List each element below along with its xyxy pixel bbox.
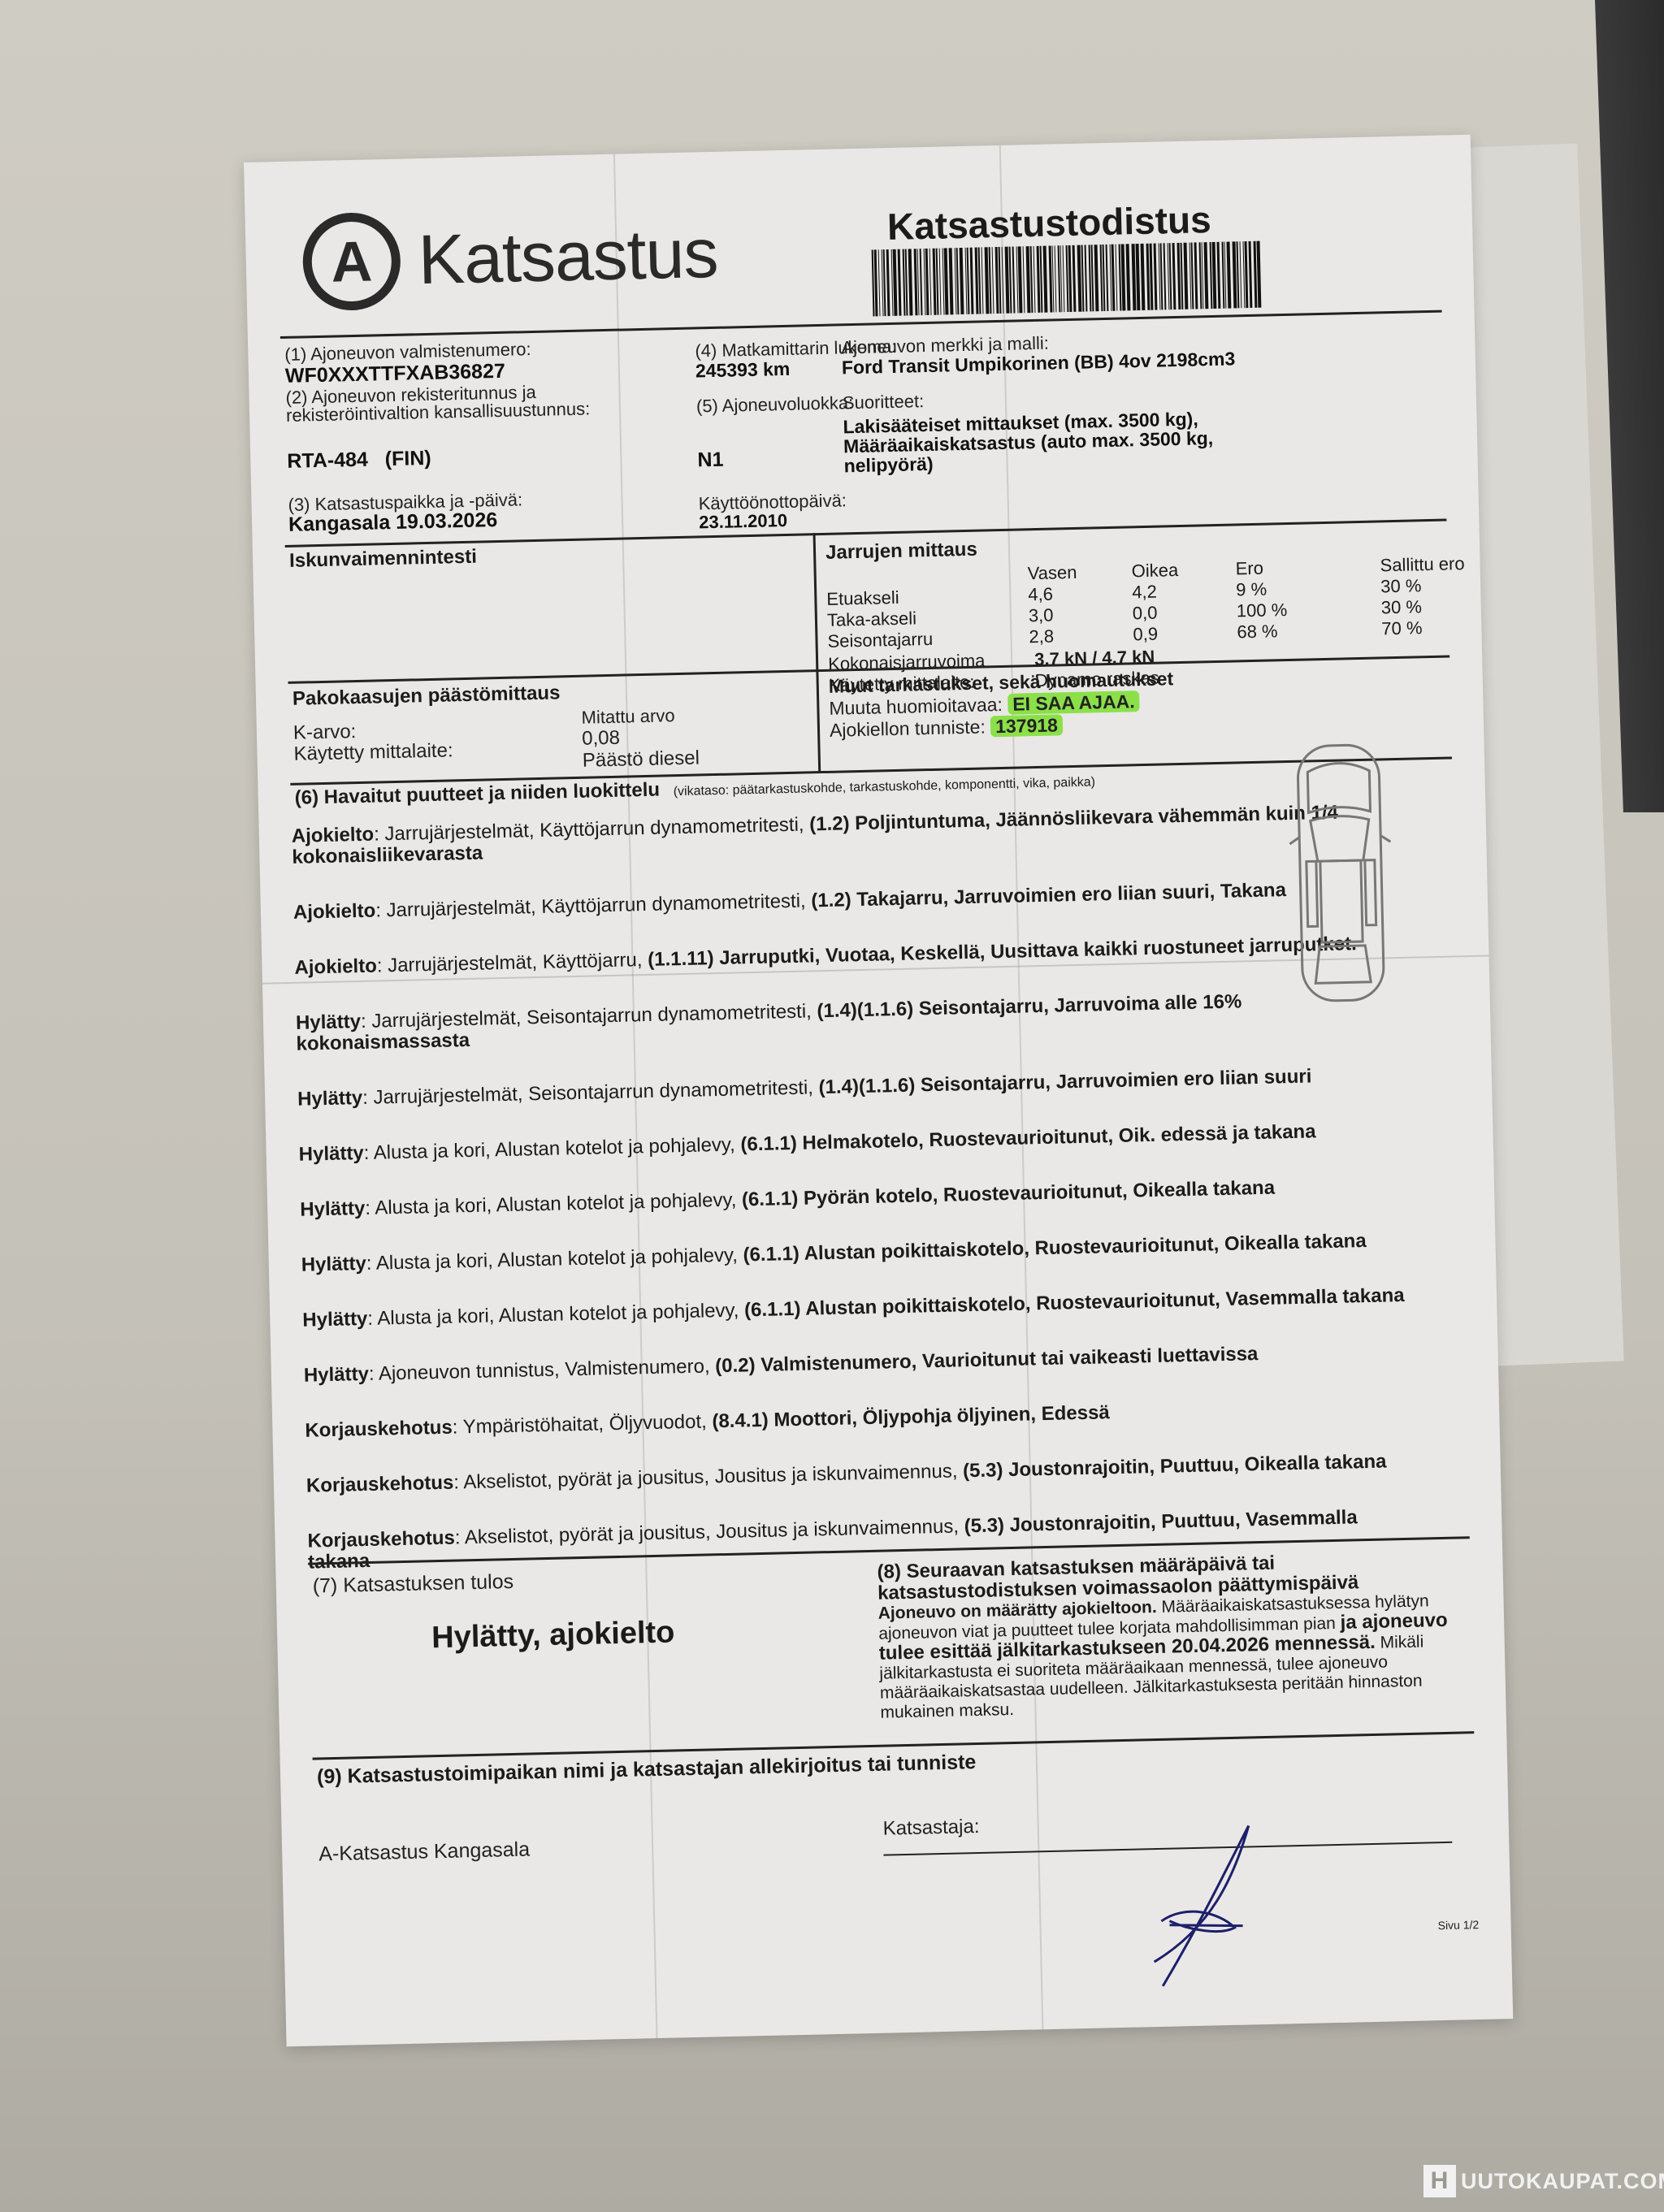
defect-item: Ajokielto: Jarrujärjestelmät, Käyttöjarr… [294,933,1399,979]
brake-allowed: 30 % [1381,595,1481,619]
barcode [872,241,1263,317]
defect-code: (5.3) [963,1459,1003,1482]
services-label: Suoritteet: [843,391,925,413]
first-use-value: 23.11.2010 [699,510,787,533]
defect-list: Ajokielto: Jarrujärjestelmät, Käyttöjarr… [292,801,1414,1608]
defect-code: (1.1.11) [648,947,714,971]
col-allowed: Sallittu ero [1380,553,1480,577]
defect-item: Ajokielto: Jarrujärjestelmät, Käyttöjarr… [292,801,1397,868]
shock-test-title: Iskunvaimennintesti [289,546,477,573]
divider [813,533,821,773]
reg-label: (2) Ajoneuvon rekisteritunnus ja rekiste… [285,380,676,425]
defect-area: : Akselistot, pyörät ja jousitus, Jousit… [455,1515,964,1548]
brake-allowed: 70 % [1381,617,1481,640]
result-value: Hylätty, ajokielto [431,1615,675,1656]
page-number: Sivu 1/2 [1437,1918,1479,1932]
col-left: Vasen [1027,561,1132,584]
defect-code: (0.2) [715,1354,756,1377]
brake-axle: Seisontajarru [827,626,1029,652]
defect-severity: Hylätty [301,1253,367,1276]
brake-left: 4,6 [1028,582,1133,605]
defect-item: Hylätty: Alusta ja kori, Alustan kotelot… [298,1119,1403,1166]
defect-code: (8.4.1) [712,1409,769,1433]
defect-detail: Alustan poikittaiskotelo, Ruostevaurioit… [800,1284,1405,1320]
defect-detail: Helmakotelo, Ruostevaurioitunut, Oik. ed… [796,1120,1315,1154]
brake-diff: 68 % [1237,618,1382,643]
defect-severity: Korjauskehotus [305,1417,453,1442]
note-value: EI SAA AJAA. [1007,690,1140,715]
class-label: (5) Ajoneuvoluokka: [696,392,854,417]
defect-area: : Alusta ja kori, Alustan kotelot ja poh… [366,1244,743,1275]
result-title: (7) Katsastuksen tulos [312,1570,513,1599]
defect-severity: Korjauskehotus [307,1527,455,1552]
defect-area: : Jarrujärjestelmät, Käyttöjarrun dynamo… [375,890,812,921]
emissions-title: Pakokaasujen päästömittaus [292,682,561,710]
defect-code: (6.1.1) [742,1188,799,1211]
defect-code: (1.2) [809,812,850,835]
document-title: Katsastustodistus [886,197,1211,249]
defect-area: : Jarrujärjestelmät, Käyttöjarru, [377,949,648,977]
defect-detail: Joustonrajoitin, Puuttuu, Oikealla takan… [1003,1451,1387,1482]
defect-item: Hylätty: Ajoneuvon tunnistus, Valmistenu… [304,1340,1409,1387]
defects-subtitle: (vikataso: päätarkastuskohde, tarkastusk… [674,775,1096,799]
brakes-title: Jarrujen mittaus [825,539,977,565]
defect-item: Ajokielto: Jarrujärjestelmät, Käyttöjarr… [293,877,1398,924]
defect-detail: Valmistenumero, Vaurioitunut tai vaikeas… [755,1343,1258,1376]
inspection-certificate: A Katsastus Katsastustodistus (1) Ajoneu… [244,135,1513,2047]
defect-area: : Alusta ja kori, Alustan kotelot ja poh… [367,1299,744,1330]
defect-item: Hylätty: Alusta ja kori, Alustan kotelot… [300,1175,1405,1221]
brake-right: 0,9 [1133,621,1237,645]
brake-left: 2,8 [1029,624,1133,647]
defect-severity: Hylätty [296,1011,362,1034]
emissions-device-value: Päästö diesel [583,747,700,772]
next-inspection: (8) Seuraavan katsastuksen määräpäivä ta… [877,1548,1465,1722]
k-value: 0,08 [582,727,620,751]
defect-area: : Ajoneuvon tunnistus, Valmistenumero, [369,1355,716,1385]
class-value: N1 [697,448,724,473]
station-name: A-Katsastus Kangasala [318,1838,530,1867]
defect-detail: Seisontajarru, Jarruvoimien ero liian su… [915,1065,1312,1096]
col-right: Oikea [1131,558,1236,582]
ban-id-label: Ajokiellon tunniste: [830,716,986,740]
brake-right: 4,2 [1132,579,1237,603]
inspector-label: Katsastaja: [882,1816,979,1841]
defect-detail: Pyörän kotelo, Ruostevaurioitunut, Oikea… [798,1177,1275,1210]
measured-label: Mitattu arvo [581,705,674,729]
services-value: Lakisääteiset mittaukset (max. 3500 kg),… [843,407,1298,476]
reg-value: RTA-484 (FIN) [287,447,431,474]
defect-item: Hylätty: Alusta ja kori, Alustan kotelot… [302,1285,1407,1331]
defect-code: (1.2) [811,889,851,911]
defect-item: Korjauskehotus: Ympäristöhaitat, Öljyvuo… [305,1396,1410,1442]
defect-area: : Jarrujärjestelmät, Seisontajarrun dyna… [361,1000,817,1032]
defect-severity: Ajokielto [292,824,375,847]
defect-severity: Hylätty [297,1087,363,1110]
car-diagram-icon [1280,738,1400,1008]
defect-code: (5.3) [964,1514,1004,1537]
place-value: Kangasala 19.03.2026 [288,509,498,537]
brake-diff: 9 % [1236,576,1381,600]
defect-severity: Ajokielto [294,955,377,979]
watermark-logo-icon: H [1423,2165,1456,2197]
emissions-device-label: Käytetty mittalaite: [293,739,453,765]
ban-id-row: Ajokiellon tunniste: 137918 [830,714,1063,742]
defect-item: Hylätty: Jarrujärjestelmät, Seisontajarr… [297,1064,1402,1110]
defect-severity: Hylätty [302,1308,368,1331]
logo-icon: A [301,212,401,312]
defect-severity: Hylätty [298,1142,364,1166]
brake-right: 0,0 [1133,600,1237,624]
next-body: Ajoneuvo on määrätty ajokieltoon. Määräa… [877,1591,1465,1722]
col-diff: Ero [1235,555,1380,579]
defect-code: (6.1.1) [743,1243,799,1266]
brake-left: 3,0 [1029,603,1133,626]
defect-area: : Jarrujärjestelmät, Käyttöjarrun dynamo… [374,813,810,845]
defect-severity: Ajokielto [293,900,376,924]
signature-icon [1143,1821,1269,1994]
defect-area: : Alusta ja kori, Alustan kotelot ja poh… [363,1133,740,1164]
huutokaupat-watermark: H UUTOKAUPAT.COM [1423,2165,1664,2197]
defect-detail: Moottori, Öljypohja öljyinen, Edessä [768,1401,1110,1431]
watermark-text: UUTOKAUPAT.COM [1461,2169,1664,2194]
logo-text: Katsastus [418,213,719,300]
odometer-value: 245393 km [695,358,791,383]
a-katsastus-logo: A Katsastus [301,205,718,312]
defect-area: : Akselistot, pyörät ja jousitus, Jousit… [453,1460,963,1493]
divider [280,310,1442,339]
defect-area: : Jarrujärjestelmät, Seisontajarrun dyna… [362,1076,819,1109]
brake-diff: 100 % [1237,597,1382,621]
defect-item: Hylätty: Alusta ja kori, Alustan kotelot… [301,1230,1406,1276]
defect-detail: Takajarru, Jarruvoimien ero liian suuri,… [851,879,1286,911]
ban-id-value: 137918 [990,714,1063,737]
defect-area: : Alusta ja kori, Alustan kotelot ja poh… [365,1188,742,1219]
defect-area: : Ympäristöhaitat, Öljyvuodot, [452,1410,712,1438]
defect-item: Hylätty: Jarrujärjestelmät, Seisontajarr… [296,988,1402,1055]
defect-detail: Alustan poikittaiskotelo, Ruostevaurioit… [799,1230,1367,1265]
defect-severity: Korjauskehotus [306,1472,454,1497]
defect-item: Korjauskehotus: Akselistot, pyörät ja jo… [306,1451,1411,1497]
defect-severity: Hylätty [304,1363,370,1387]
defect-code: (6.1.1) [740,1132,797,1156]
defect-code: (1.4)(1.1.6) [818,1075,915,1099]
defect-code: (1.4)(1.1.6) [817,998,913,1023]
defect-code: (6.1.1) [744,1298,801,1322]
note-label: Muuta huomioitavaa: [829,694,1003,719]
brake-allowed: 30 % [1380,574,1480,598]
defect-severity: Hylätty [300,1197,366,1221]
defect-detail: Jarruputki, Vuotaa, Keskellä, Uusittava … [713,933,1357,969]
